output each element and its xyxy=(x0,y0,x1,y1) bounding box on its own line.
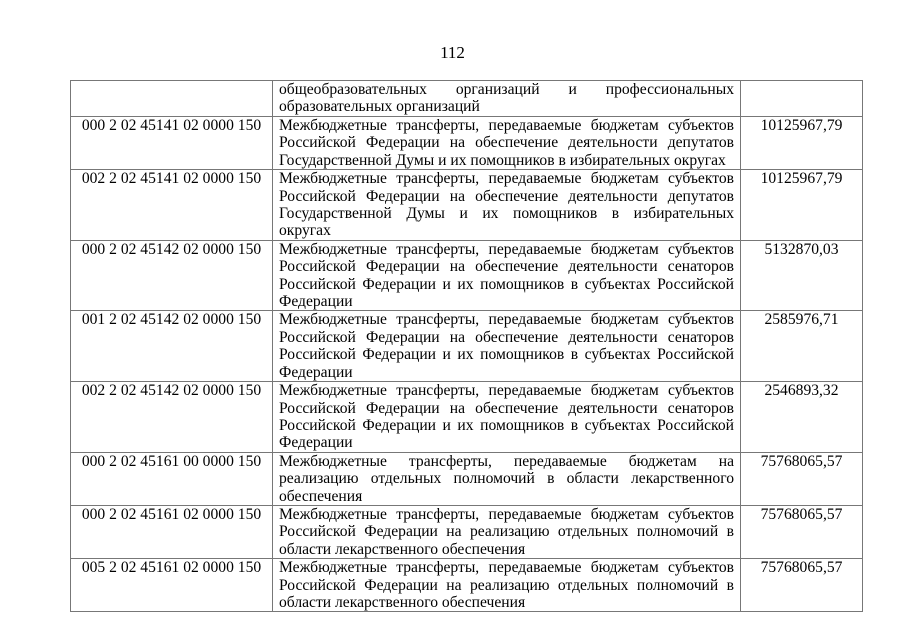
description-cell: Межбюджетные трансферты, передаваемые бю… xyxy=(273,382,741,453)
budget-table-body: общеобразовательных организаций и профес… xyxy=(71,81,863,612)
budget-code-cell: 000 2 02 45161 00 0000 150 xyxy=(71,452,273,505)
amount-cell: 75768065,57 xyxy=(741,452,863,505)
amount-cell: 75768065,57 xyxy=(741,559,863,612)
description-cell: Межбюджетные трансферты, передаваемые бю… xyxy=(273,559,741,612)
description-cell: Межбюджетные трансферты, передаваемые бю… xyxy=(273,505,741,558)
amount-cell: 2546893,32 xyxy=(741,382,863,453)
amount-cell: 75768065,57 xyxy=(741,505,863,558)
budget-code-cell xyxy=(71,81,273,117)
table-row: 001 2 02 45142 02 0000 150 Межбюджетные … xyxy=(71,311,863,382)
budget-code-cell: 005 2 02 45161 02 0000 150 xyxy=(71,559,273,612)
amount-cell: 10125967,79 xyxy=(741,117,863,170)
budget-code-cell: 001 2 02 45142 02 0000 150 xyxy=(71,311,273,382)
page-number: 112 xyxy=(0,43,905,63)
table-row: 000 2 02 45161 02 0000 150 Межбюджетные … xyxy=(71,505,863,558)
table-row: 005 2 02 45161 02 0000 150 Межбюджетные … xyxy=(71,559,863,612)
budget-code-cell: 002 2 02 45142 02 0000 150 xyxy=(71,382,273,453)
description-cell: Межбюджетные трансферты, передаваемые бю… xyxy=(273,240,741,311)
description-cell: Межбюджетные трансферты, передаваемые бю… xyxy=(273,452,741,505)
amount-cell: 10125967,79 xyxy=(741,170,863,241)
table-row: 002 2 02 45141 02 0000 150 Межбюджетные … xyxy=(71,170,863,241)
amount-cell: 5132870,03 xyxy=(741,240,863,311)
description-cell: Межбюджетные трансферты, передаваемые бю… xyxy=(273,117,741,170)
amount-cell xyxy=(741,81,863,117)
description-cell: общеобразовательных организаций и профес… xyxy=(273,81,741,117)
budget-code-cell: 000 2 02 45141 02 0000 150 xyxy=(71,117,273,170)
budget-table: общеобразовательных организаций и профес… xyxy=(70,80,863,612)
table-row: 002 2 02 45142 02 0000 150 Межбюджетные … xyxy=(71,382,863,453)
description-cell: Межбюджетные трансферты, передаваемые бю… xyxy=(273,311,741,382)
budget-code-cell: 000 2 02 45161 02 0000 150 xyxy=(71,505,273,558)
table-row: 000 2 02 45142 02 0000 150 Межбюджетные … xyxy=(71,240,863,311)
table-row: 000 2 02 45141 02 0000 150 Межбюджетные … xyxy=(71,117,863,170)
amount-cell: 2585976,71 xyxy=(741,311,863,382)
table-row: общеобразовательных организаций и профес… xyxy=(71,81,863,117)
table-row: 000 2 02 45161 00 0000 150 Межбюджетные … xyxy=(71,452,863,505)
budget-code-cell: 000 2 02 45142 02 0000 150 xyxy=(71,240,273,311)
description-cell: Межбюджетные трансферты, передаваемые бю… xyxy=(273,170,741,241)
budget-code-cell: 002 2 02 45141 02 0000 150 xyxy=(71,170,273,241)
